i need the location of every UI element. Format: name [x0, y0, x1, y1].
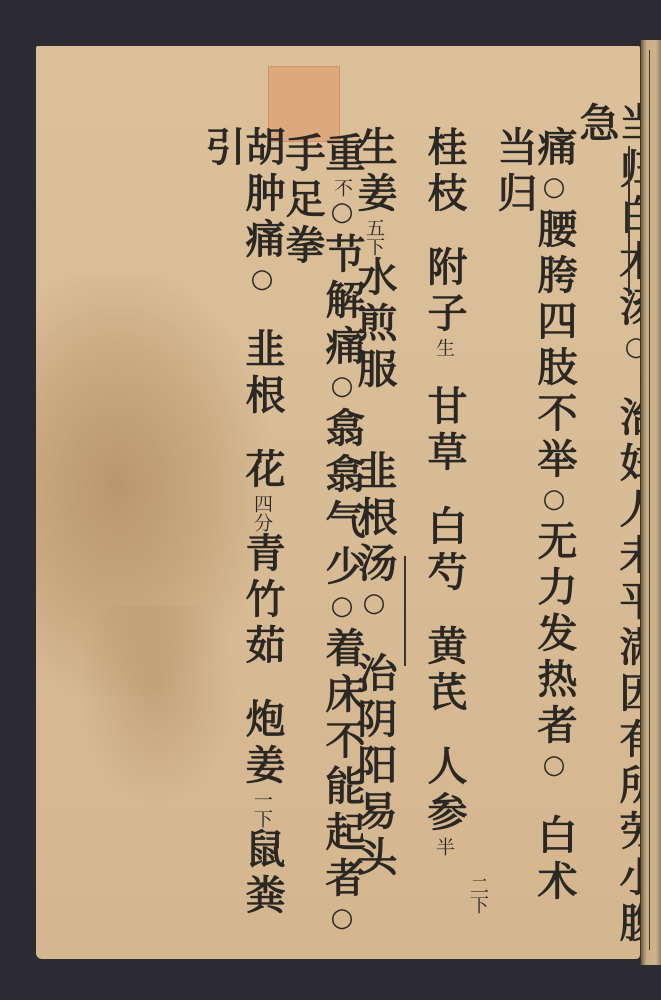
- page-fold-line: [649, 50, 650, 950]
- title-marker-line: [628, 146, 630, 296]
- adjacent-page-edge: [640, 40, 661, 965]
- dosage-note: 四分: [251, 494, 273, 532]
- symptom-text: 着床不能起者: [319, 627, 366, 903]
- punctuation-circle: ○: [541, 172, 567, 208]
- annotation: 不: [331, 178, 353, 197]
- symptom-text: 翕翕气少: [319, 407, 366, 591]
- herb-jiugen: 韭根: [239, 328, 286, 420]
- herb-fuzi: 附子: [421, 246, 468, 338]
- symptom-text: 无力发热者: [531, 520, 578, 750]
- symptom-text: 节解痛: [319, 233, 366, 371]
- punctuation-circle: ○: [541, 484, 567, 520]
- herb-gancao: 甘草: [421, 385, 468, 477]
- herb-baizhu: 白术: [531, 814, 578, 906]
- herb-hua: 花: [239, 448, 286, 494]
- punctuation-circle: ○: [329, 197, 355, 233]
- punctuation-circle: ○: [361, 588, 387, 624]
- dosage-note: 生: [433, 338, 455, 357]
- symptom-text: 胡肿痛: [239, 126, 286, 264]
- herb-qingzhuru: 青竹茹: [239, 532, 286, 670]
- symptom-text: 腰胯四肢不举: [531, 208, 578, 484]
- text-column-3: 桂枝附子生甘草白芍黄芪人参半: [424, 126, 464, 856]
- indication-text: 治妇人未平满: [613, 396, 640, 672]
- symptom-text: 手足拳: [279, 132, 326, 270]
- punctuation-circle: ○: [541, 750, 567, 786]
- herb-guizhi: 桂枝: [421, 126, 468, 218]
- dosage-note: 二下: [467, 876, 489, 914]
- dosage-note: 一下: [251, 790, 273, 828]
- text-column-2: 痛○腰胯四肢不举○无力发热者○白术当归: [494, 126, 574, 959]
- text-column-5: 重不○节解痛○翕翕气少○着床不能起者○手足拳: [282, 132, 362, 959]
- punctuation-circle: ○: [329, 903, 355, 939]
- punctuation-circle: ○: [249, 264, 275, 300]
- punctuation-circle: ○: [623, 332, 640, 368]
- herb-huangqi: 黄芪: [421, 625, 468, 717]
- dosage-note-renshen: 二下: [468, 876, 487, 914]
- symptom-text: 痛: [531, 126, 578, 172]
- text-column-6: 胡肿痛○韭根花四分青竹茹炮姜一下鼠粪引: [202, 126, 282, 959]
- herb-baishao: 白芍: [421, 505, 468, 597]
- herb-danggui: 当归: [491, 126, 538, 218]
- manuscript-page: 当归白术汤○治妇人未平满因有所劳小腹急 痛○腰胯四肢不举○无力发热者○白术当归 …: [36, 46, 640, 959]
- text-column-1: 当归白术汤○治妇人未平满因有所劳小腹急: [576, 102, 640, 959]
- punctuation-circle: ○: [329, 371, 355, 407]
- symptom-text: 重: [319, 132, 366, 178]
- herb-renshen: 人参: [421, 745, 468, 837]
- dosage-note: 五下: [363, 218, 385, 256]
- punctuation-circle: ○: [329, 591, 355, 627]
- title-marker-line: [404, 556, 406, 666]
- herb-paojiang: 炮姜: [239, 698, 286, 790]
- dosage-note: 半: [433, 837, 455, 856]
